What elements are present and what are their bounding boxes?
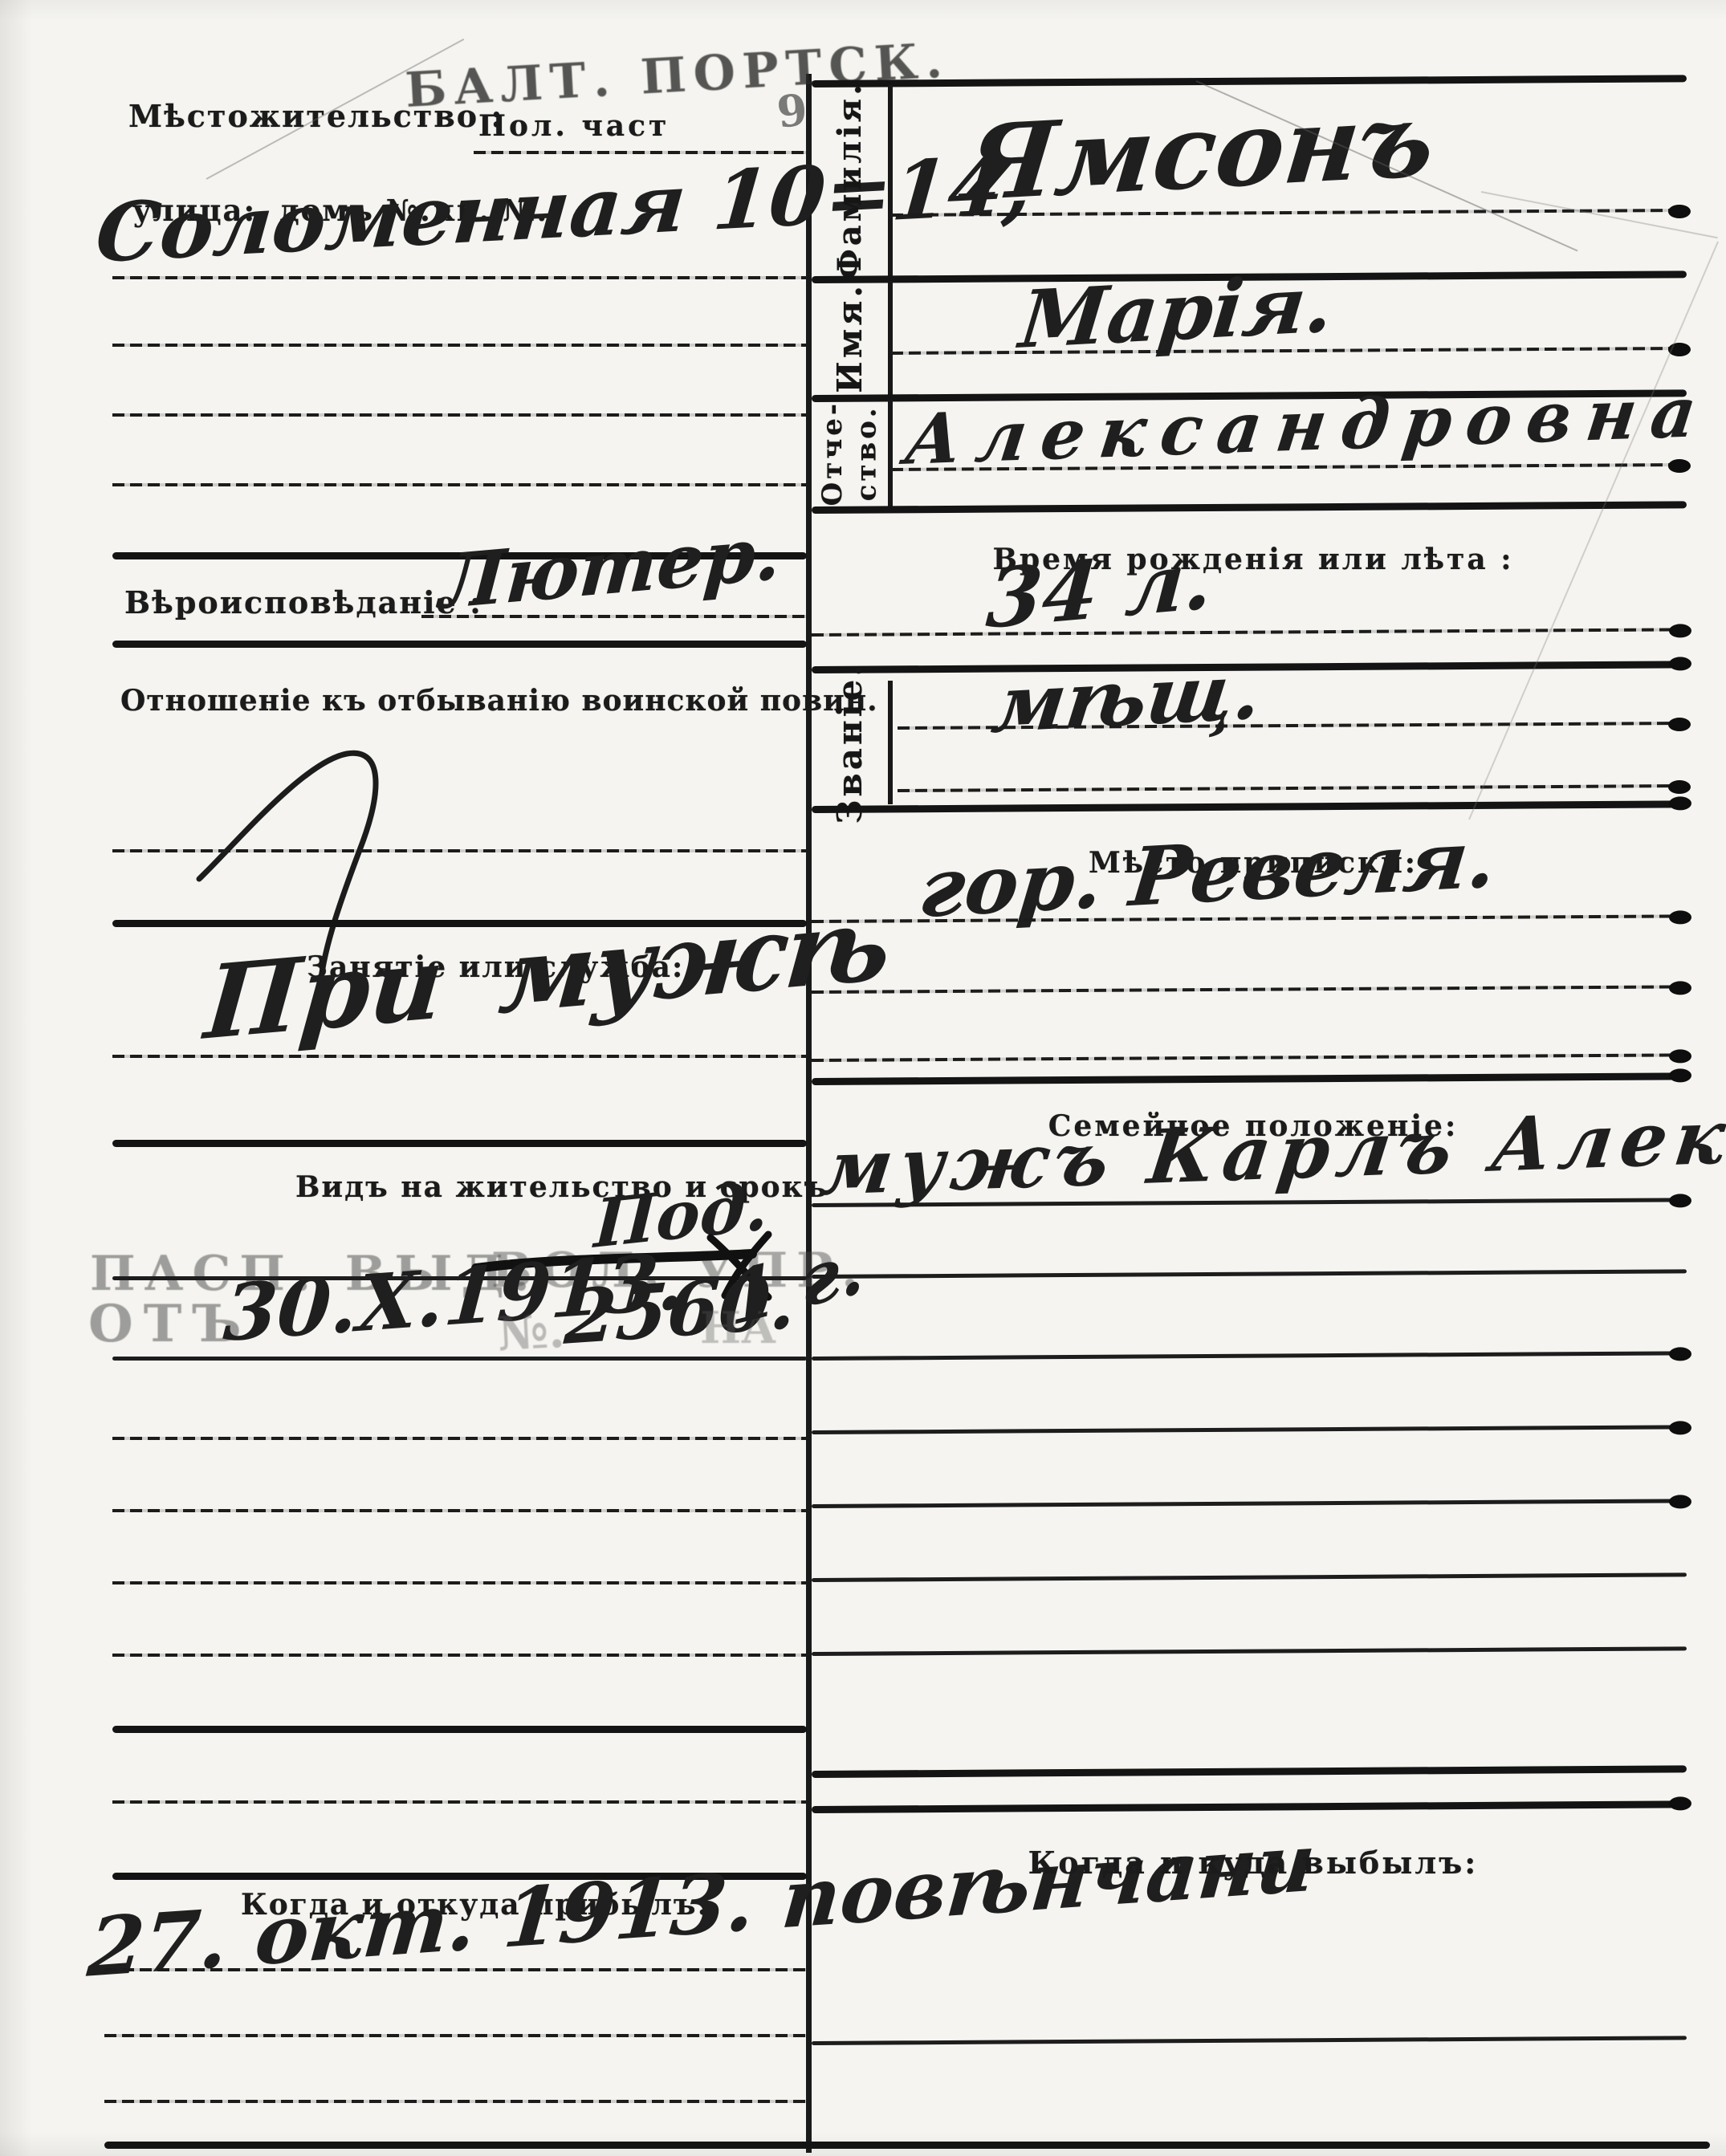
divider-line	[812, 1499, 1687, 1508]
divider-line	[812, 1351, 1687, 1361]
divider-line	[112, 413, 807, 417]
divider-line	[112, 1509, 807, 1512]
divider-line	[112, 1800, 807, 1804]
section-divider-line	[112, 641, 807, 648]
birth-value-handwriting: 34 л.	[983, 531, 1215, 647]
divider-line	[421, 615, 807, 618]
section-divider-line	[112, 1726, 807, 1733]
divider-line	[812, 1572, 1687, 1582]
police-part-label: Пол. част	[478, 109, 670, 143]
divider-line	[898, 784, 1686, 792]
rank-field-label: Званіе.	[830, 661, 869, 824]
birth-label: Время рожденія или лѣта :	[812, 543, 1695, 576]
divider-line	[112, 276, 807, 279]
surname-value-handwriting: Ямсонъ	[959, 79, 1440, 225]
page-bottom-line	[104, 2142, 1710, 2149]
surname-field-label: Фамилія.	[831, 81, 869, 279]
divider-line	[112, 1581, 807, 1584]
street-value-handwriting: Соломенная 10=14,	[92, 136, 1036, 281]
divider-line	[112, 483, 807, 486]
divider-line	[812, 1646, 1687, 1656]
divider-line	[104, 1968, 807, 1971]
surname-field-cell: Фамилія.	[811, 85, 893, 276]
balt-portsk-stamp-digit: 9	[775, 83, 810, 138]
divider-line	[112, 1437, 807, 1440]
religion-value-handwriting: Лютер.	[438, 509, 784, 626]
firstname-field-cell: Имя.	[811, 281, 893, 395]
divider-line	[812, 1425, 1687, 1434]
divider-line	[812, 1053, 1687, 1062]
military-service-label: Отношеніе къ отбыванію воинской повин.	[120, 684, 878, 718]
departed-label: Когда и куда выбылъ:	[812, 1845, 1695, 1881]
patronymic-field-cell: Отче- ство.	[811, 400, 893, 506]
section-divider-line	[812, 501, 1687, 514]
divider-line	[104, 2100, 807, 2103]
firstname-field-label: Имя.	[830, 283, 869, 393]
section-divider-line	[812, 1765, 1687, 1778]
divider-line	[812, 1269, 1687, 1279]
section-divider-line	[112, 1140, 807, 1147]
passport-stamp-no: №.	[496, 1304, 566, 1361]
divider-line	[112, 1055, 807, 1058]
section-divider-line	[812, 1800, 1687, 1813]
divider-line	[112, 849, 807, 852]
section-divider-line	[812, 1072, 1687, 1085]
divider-line	[812, 2036, 1687, 2045]
patronymic-field-label: Отче- ство.	[816, 401, 884, 506]
rank-value-handwriting: мѣщ.	[987, 645, 1267, 751]
family-status-value-handwriting: мужъ Карлъ Александръ,	[817, 1080, 1726, 1212]
scanned-registration-card: Мѣстожительство : Пол. част БАЛТ. ПОРТСК…	[0, 0, 1726, 2156]
section-divider-line	[812, 800, 1687, 813]
divider-line	[104, 2034, 807, 2037]
divider-line	[112, 344, 807, 347]
divider-line	[812, 628, 1687, 637]
divider-line	[812, 985, 1687, 994]
divider-line	[112, 1654, 807, 1657]
rank-field-cell: Званіе.	[811, 681, 893, 804]
paper-crease	[1468, 242, 1719, 820]
divider-line	[112, 1357, 807, 1361]
